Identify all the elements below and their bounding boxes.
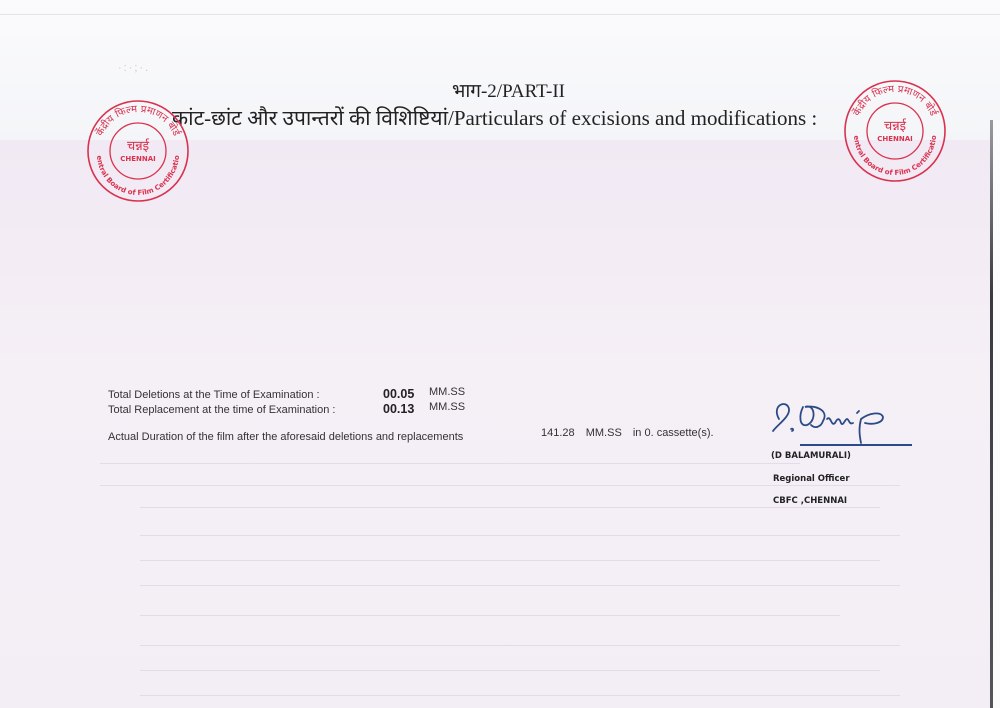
actual-duration-unit: MM.SS <box>586 427 622 439</box>
part-label: भाग-2/PART-II <box>452 77 565 103</box>
signatory-name: (D BALAMURALI) <box>771 451 851 461</box>
total-deletions-unit: MM.SS <box>429 386 465 398</box>
svg-text:केंद्रीय फिल्म प्रमाणन बोर्ड: केंद्रीय फिल्म प्रमाणन बोर्ड <box>94 104 183 139</box>
svg-text:CHENNAI: CHENNAI <box>120 155 156 163</box>
signatory-designation: Regional Officer <box>773 474 850 484</box>
cassette-count: in 0. cassette(s). <box>633 427 714 439</box>
total-replacement-row: Total Replacement at the time of Examina… <box>108 404 335 416</box>
cbfc-stamp-left: केंद्रीय फिल्म प्रमाणन बोर्ड Central Boa… <box>85 98 191 204</box>
cbfc-stamp-right: केंद्रीय फिल्म प्रमाणन बोर्ड Central Boa… <box>842 78 948 184</box>
signature-line <box>800 444 912 446</box>
svg-text:केंद्रीय फिल्म प्रमाणन बोर्ड: केंद्रीय फिल्म प्रमाणन बोर्ड <box>851 84 940 119</box>
scan-speckle: ·:·;·. <box>118 62 150 74</box>
total-replacement-unit: MM.SS <box>429 401 465 413</box>
signatory-office: CBFC ,CHENNAI <box>773 496 847 506</box>
svg-text:चन्नई: चन्नई <box>127 138 150 154</box>
total-replacement-value: 00.13 <box>383 402 414 416</box>
section-title: कांट-छांट और उपान्तरों की विशिष्टियां/Pa… <box>172 104 817 132</box>
total-replacement-label: Total Replacement at the time of Examina… <box>108 404 335 416</box>
signature <box>765 395 915 450</box>
svg-text:CHENNAI: CHENNAI <box>877 135 913 143</box>
svg-text:चन्नई: चन्नई <box>884 118 907 134</box>
actual-duration-label: Actual Duration of the film after the af… <box>108 431 463 443</box>
actual-duration-values: 141.28 MM.SS in 0. cassette(s). <box>541 427 722 439</box>
actual-duration-value: 141.28 <box>541 427 575 439</box>
total-deletions-value: 00.05 <box>383 387 414 401</box>
bleed-through-table <box>100 455 900 705</box>
actual-duration-row: Actual Duration of the film after the af… <box>108 431 463 443</box>
total-deletions-row: Total Deletions at the Time of Examinati… <box>108 389 320 401</box>
page-edge-strip <box>993 120 1000 708</box>
total-deletions-label: Total Deletions at the Time of Examinati… <box>108 389 320 401</box>
